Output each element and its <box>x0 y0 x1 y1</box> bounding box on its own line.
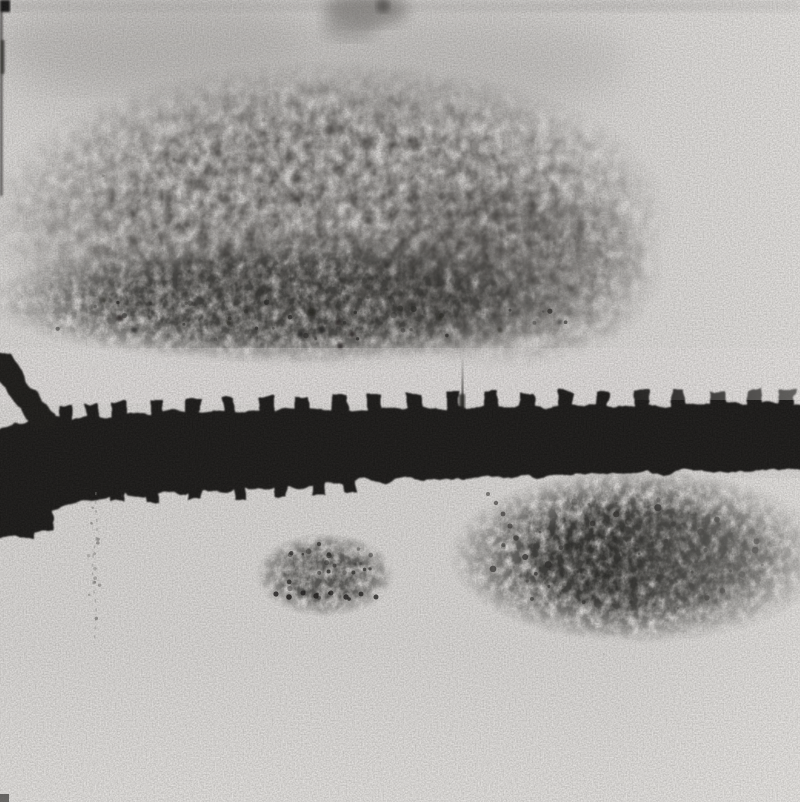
micrograph-photo <box>0 0 800 802</box>
film-grain <box>0 0 800 802</box>
photo-canvas <box>0 0 800 802</box>
